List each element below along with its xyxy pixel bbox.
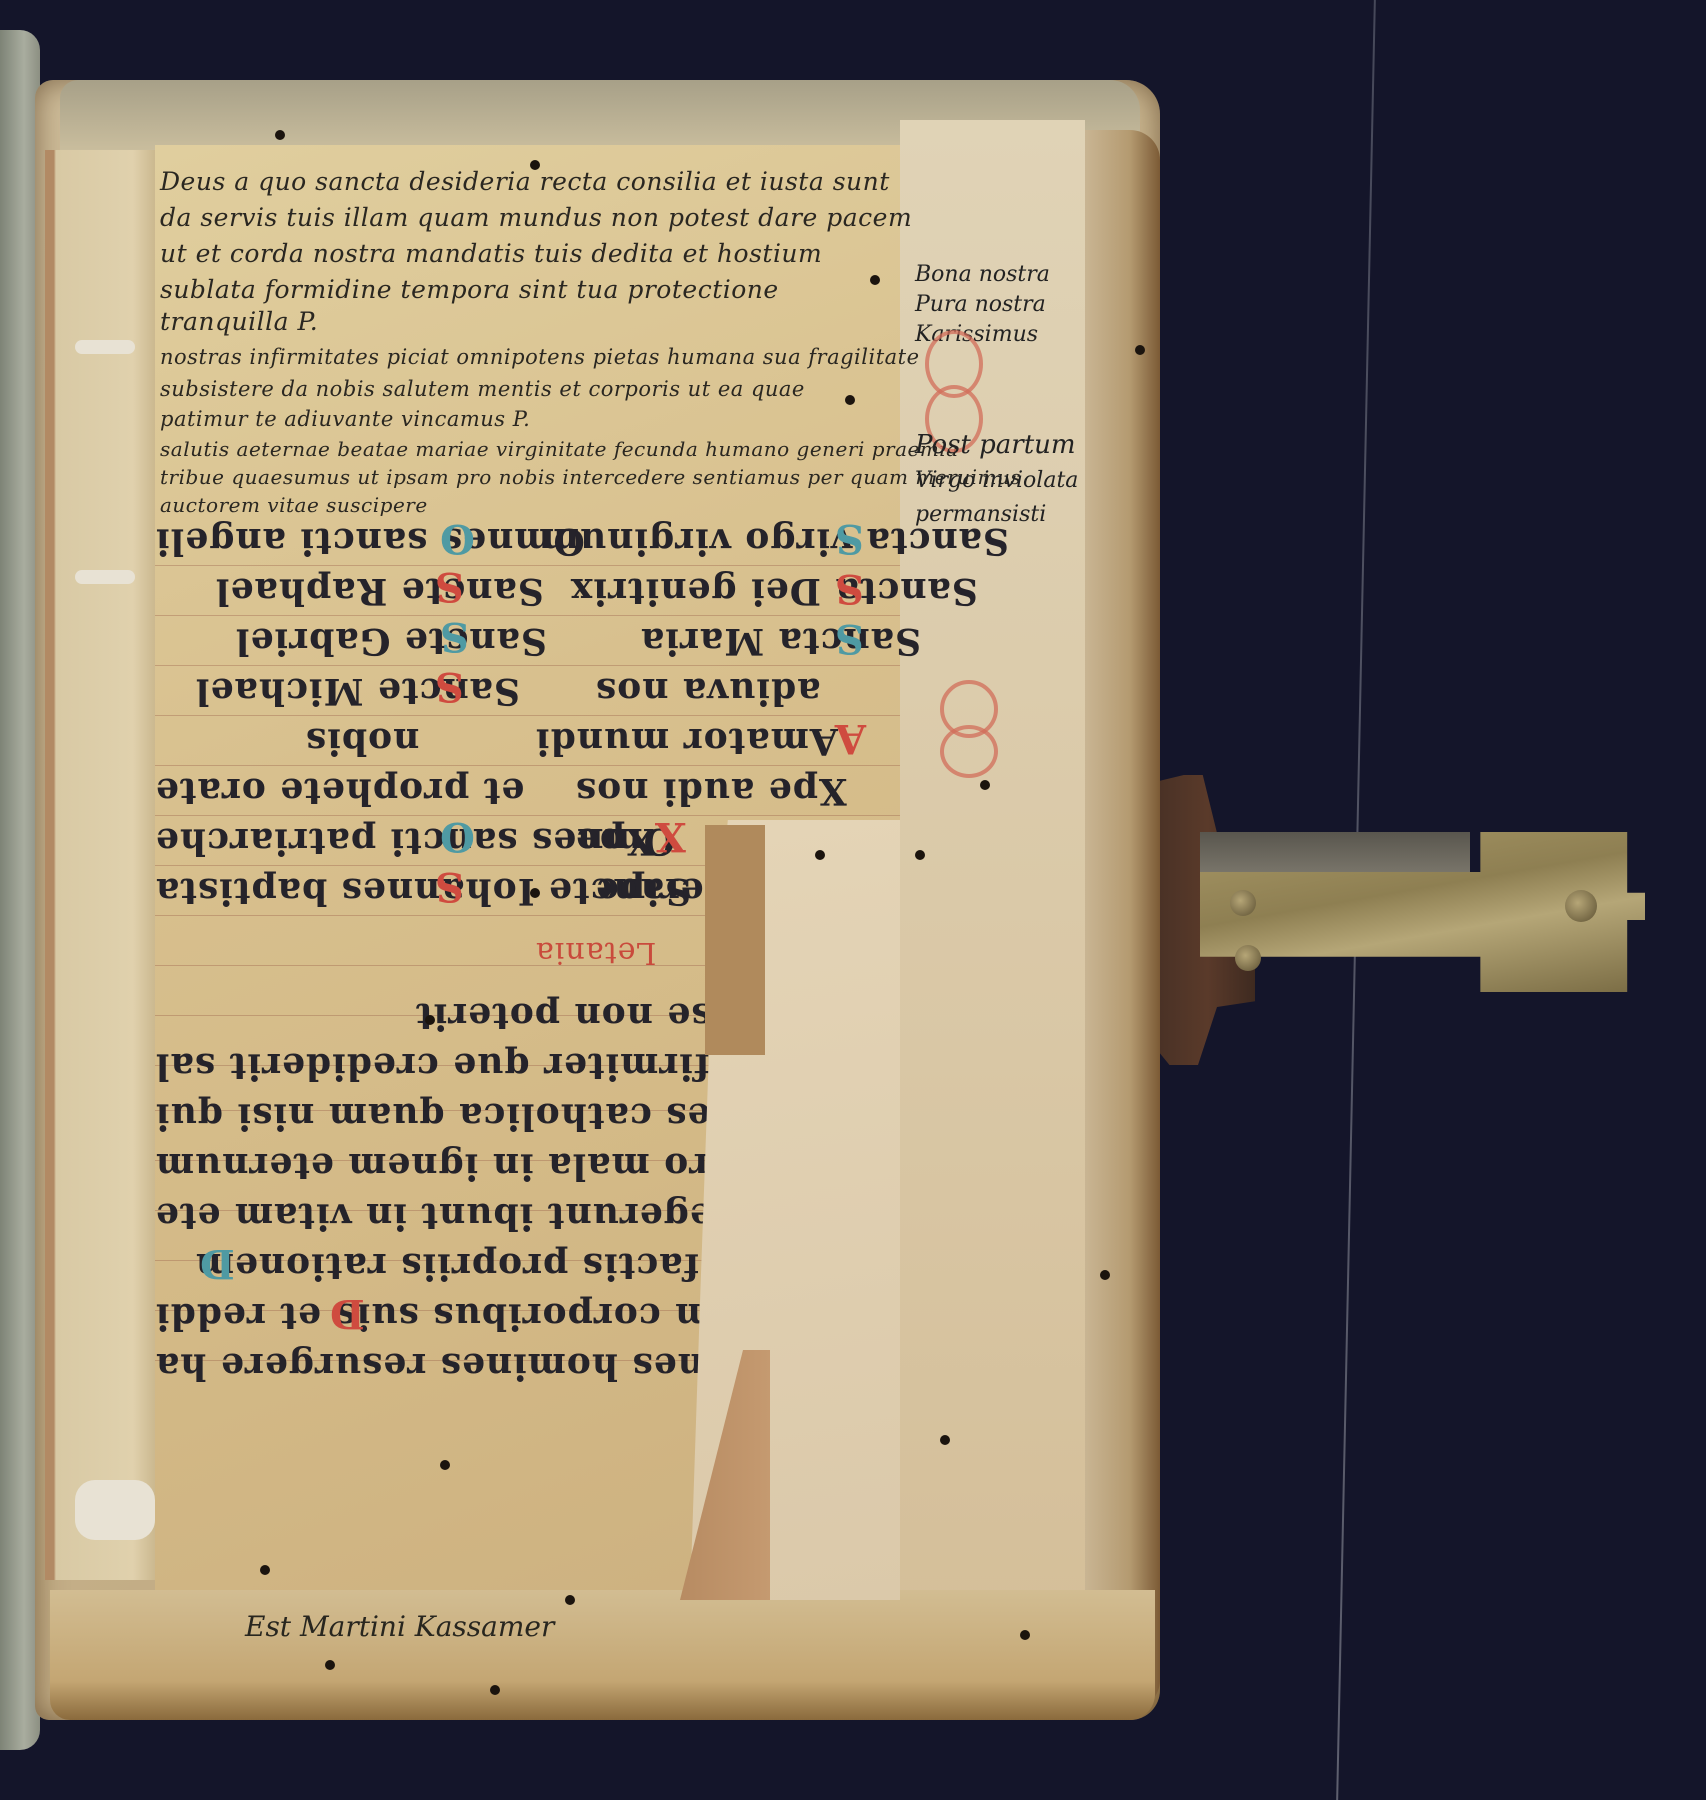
exposed-wood bbox=[705, 825, 765, 1055]
initial-d-blue: D bbox=[200, 1240, 235, 1287]
initial-s-red: S bbox=[435, 563, 464, 610]
prayer-line: tribue quaesumus ut ipsam pro nobis inte… bbox=[160, 465, 1021, 489]
litany-entry: Xpe bbox=[575, 820, 654, 862]
text-block-edge bbox=[0, 30, 40, 1750]
litany-entry: nobis bbox=[305, 720, 419, 762]
initial-s-red: S bbox=[835, 565, 864, 612]
litany-entry: Xpe audi nos bbox=[575, 770, 847, 812]
litany-entry: Omnes sancti angeli bbox=[155, 520, 585, 562]
worm-hole bbox=[440, 1460, 450, 1470]
prayer-line: auctorem vitae suscipere bbox=[160, 493, 428, 517]
initial-s-blue: S bbox=[440, 613, 469, 660]
prayer-line: nostras infirmitates piciat omnipotens p… bbox=[160, 345, 920, 369]
worm-hole bbox=[1100, 1270, 1110, 1280]
litany-entry: Sancte Michael bbox=[195, 670, 520, 712]
litany-entry: eripe bbox=[595, 870, 704, 912]
prayer-line: ut et corda nostra mandatis tuis dedita … bbox=[160, 239, 822, 268]
spine-lining-strip bbox=[45, 150, 155, 1580]
initial-d-red: D bbox=[330, 1290, 365, 1337]
sewing-thread bbox=[75, 1480, 155, 1540]
creed-line: omnes homines resurgere ha bbox=[155, 1345, 768, 1387]
litany-entry: Sancta Maria bbox=[640, 620, 921, 662]
worm-hole bbox=[1135, 345, 1145, 355]
worm-hole bbox=[260, 1565, 270, 1575]
worm-hole bbox=[940, 1435, 950, 1445]
initial-s-red: S bbox=[435, 863, 464, 910]
creed-line: se non poterit bbox=[415, 995, 712, 1037]
margin-note: Virgo inviolata bbox=[915, 468, 1078, 493]
initial-o-blue: O bbox=[440, 515, 475, 562]
worm-hole bbox=[425, 1015, 435, 1025]
sewing-thread bbox=[75, 340, 135, 354]
sewing-thread bbox=[75, 570, 135, 584]
prayer-line: Deus a quo sancta desideria recta consil… bbox=[160, 167, 890, 196]
margin-note: Bona nostra bbox=[915, 262, 1050, 287]
initial-s-blue: S bbox=[835, 615, 864, 662]
prayer-line: tranquilla P. bbox=[160, 307, 318, 336]
worm-hole bbox=[325, 1660, 335, 1670]
worm-hole bbox=[1020, 1630, 1030, 1640]
initial-s-blue: S bbox=[835, 515, 864, 562]
litany-entry: et prophete orate bbox=[155, 770, 524, 812]
rivet-icon bbox=[1230, 890, 1256, 916]
board-bottom-turn-in bbox=[50, 1590, 1155, 1720]
worm-hole bbox=[530, 160, 540, 170]
rubric-letania: Letania bbox=[535, 935, 656, 970]
worm-hole bbox=[565, 1595, 575, 1605]
worm-hole bbox=[915, 850, 925, 860]
ownership-inscription: Est Martini Kassamer bbox=[245, 1610, 554, 1643]
margin-note: Pura nostra bbox=[915, 292, 1046, 317]
worm-hole bbox=[275, 130, 285, 140]
board-right-edge bbox=[1085, 130, 1160, 1710]
prayer-line: subsistere da nobis salutem mentis et co… bbox=[160, 377, 805, 401]
worm-hole bbox=[845, 395, 855, 405]
worm-hole bbox=[870, 275, 880, 285]
worm-hole bbox=[815, 850, 825, 860]
litany-entry: Amator mundi bbox=[535, 720, 838, 762]
worm-hole bbox=[490, 1685, 500, 1695]
margin-note: Post partum bbox=[915, 430, 1076, 460]
litany-entry: adiuva nos bbox=[595, 670, 821, 712]
prayer-line: da servis tuis illam quam mundus non pot… bbox=[160, 203, 912, 232]
rivet-icon bbox=[1235, 945, 1261, 971]
litany-entry: Sancte Gabriel bbox=[235, 620, 547, 662]
worm-hole bbox=[980, 780, 990, 790]
initial-o-blue: O bbox=[440, 813, 475, 860]
litany-entry: Sancte Raphael bbox=[215, 570, 544, 612]
prayer-line: salutis aeternae beatae mariae virginita… bbox=[160, 437, 959, 461]
red-flourish bbox=[940, 725, 998, 778]
initial-x-red: X bbox=[655, 813, 686, 860]
rivet-icon bbox=[1565, 890, 1597, 922]
margin-note: permansisti bbox=[915, 502, 1046, 527]
initial-a-red: A bbox=[835, 715, 866, 762]
prayer-line: sublata formidine tempora sint tua prote… bbox=[160, 275, 779, 304]
prayer-line: patimur te adiuvante vincamus P. bbox=[160, 407, 530, 431]
creed-line: ad factis propriis rationem bbox=[195, 1245, 763, 1287]
worm-hole bbox=[530, 888, 540, 898]
initial-s-red: S bbox=[435, 663, 464, 710]
litany-entry: Sancta Dei genitrix bbox=[570, 570, 978, 612]
